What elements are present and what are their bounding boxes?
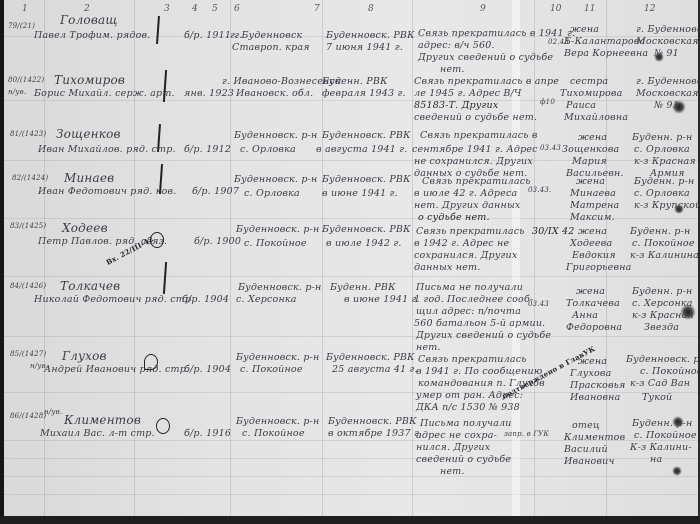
date-mark: ф10 [540, 96, 555, 108]
drafted-date: в августа 1941 г. [316, 144, 407, 156]
side-note: н/ув. [44, 406, 62, 418]
fate-info: сведений о судьбе нет. [414, 112, 537, 124]
fate-info: Связь прекратилась в [420, 130, 538, 142]
name-rank: Андрей Иванович ряд. стр. [44, 364, 189, 376]
birth-year: б/р. 1900 [194, 236, 241, 248]
relative-relation: отец [572, 420, 600, 432]
relative-relation: сестра [570, 76, 608, 88]
relative-name: Раиса [566, 100, 596, 112]
fate-info: Связь прекратилась [418, 354, 527, 366]
entry-number: 79/(21) [8, 20, 35, 32]
fate-info: Связь прекратилась [416, 226, 525, 238]
column-number: 8 [368, 4, 374, 14]
relative-relation: жена [576, 176, 605, 188]
drafted-date: в июне 1941 г. [322, 188, 398, 200]
entry-number: 84/(1426) [10, 280, 46, 292]
fate-info: Связь прекратилась в апре [414, 76, 559, 88]
fate-info: 560 батальон 5-й армии. [414, 318, 545, 330]
fate-info: адрес не сохра- [416, 430, 497, 442]
entry-number: 85/(1427) [10, 348, 46, 360]
relative-relation: жена [570, 24, 599, 36]
relative-name: Б-Калантарова [564, 36, 645, 48]
ink-stain [672, 466, 682, 476]
birthplace: Ставроп. края [232, 42, 310, 54]
drafted-date: 7 июня 1941 г. [326, 42, 403, 54]
rule-line [4, 276, 698, 277]
relative-address: с. Покойное [634, 430, 697, 442]
fate-info: Других сведений о судьбе [418, 52, 553, 64]
relative-relation: жена [578, 356, 607, 368]
birth-year: б/р. 1916 [184, 428, 231, 440]
relative-name: Анна [572, 310, 598, 322]
drafted-by: Буденновск. РВК [322, 130, 411, 142]
column-number: 4 [192, 4, 198, 14]
column-number: 3 [164, 4, 170, 14]
rule-line [4, 494, 698, 495]
relative-name: Евдокия [572, 250, 616, 262]
birthplace: с. Орловка [240, 144, 296, 156]
name-rank: Иван Михайлов. ряд. стр. [38, 144, 176, 156]
fate-info: Письма получали [420, 418, 512, 430]
birthplace: Буденновск. р-н [236, 416, 319, 428]
surname: Головащ [60, 14, 118, 26]
surname: Минаев [64, 172, 114, 184]
relative-name: Ивановна [570, 392, 621, 404]
relative-address: Буденновск. р-н [626, 354, 698, 366]
document-page: 1 2 3 4 5 6 7 8 9 10 11 12 79/(21) Голов… [4, 0, 698, 516]
birthplace: Буденновск. р-н [236, 352, 319, 364]
birth-year: б/р. 1912 [184, 144, 231, 156]
side-note: н/ув. [8, 86, 26, 98]
fate-info: адрес: в/ч 560. [418, 40, 495, 52]
rule-line [4, 336, 698, 337]
fate-info: нет. Других данных [414, 200, 520, 212]
entry-number: 81/(1423) [10, 128, 46, 140]
relative-name: Матрена [570, 200, 619, 212]
entry-number: 86/(1428) [10, 410, 46, 422]
birthplace: г. Буденновск [230, 30, 302, 42]
relative-address: к-з Калинина [630, 250, 698, 262]
entry-number: 83/(1425) [10, 220, 46, 232]
fate-info: не сохранился. Других [414, 156, 533, 168]
entry-number: 82/(1424) [12, 172, 48, 184]
drafted-date: в июле 1942 г. [326, 238, 402, 250]
date-mark: 03.43. [528, 184, 551, 196]
relative-relation: жена [578, 226, 607, 238]
fate-info: 1 год. Последнее сооб- [414, 294, 533, 306]
fate-info: нет. [440, 466, 465, 478]
column-number: 9 [480, 4, 486, 14]
check-mark-icon [163, 262, 167, 294]
fate-info: ле 1945 г. Адрес В/Ч [414, 88, 522, 100]
relative-name: Минаева [570, 188, 616, 200]
drafted-by: Буденн. РВК [330, 282, 396, 294]
fate-info: в 1941 г. По сообщению [416, 366, 542, 378]
drafted-date: 25 августа 41 г. [332, 364, 418, 376]
relative-address: с. Покойное [640, 366, 698, 378]
relative-address: Московская [636, 88, 698, 100]
birthplace: Буденновск. р-н [236, 224, 319, 236]
relative-address: с. Орловка [634, 188, 690, 200]
fate-info: Других сведений о судьбе [416, 330, 551, 342]
fate-info: сведений о судьбе [416, 454, 511, 466]
relative-address: Тукой [642, 392, 672, 404]
name-rank: Иван Федотович ряд. ков. [38, 186, 176, 198]
name-rank: Борис Михайл. серж. арт. [34, 88, 175, 100]
fate-info: Связь прекратилась [422, 176, 531, 188]
ink-stain [680, 304, 696, 320]
column-number: 7 [314, 4, 320, 14]
surname: Зощенков [56, 128, 121, 140]
relative-name: Федоровна [566, 322, 622, 334]
check-mark-icon [156, 16, 160, 44]
birth-year: б/р. 1904 [184, 364, 231, 376]
column-number: 5 [212, 4, 218, 14]
birth-year: б/р. 1904 [182, 294, 229, 306]
ink-stain [672, 416, 684, 428]
relative-name: Толкачева [566, 298, 620, 310]
column-number: 12 [644, 4, 655, 14]
drafted-by: Буденновск. РВК [322, 174, 411, 186]
birthplace: Ивановск. обл. [236, 88, 313, 100]
column-number: 1 [22, 4, 28, 14]
relative-name: Григорьевна [566, 262, 632, 274]
drafted-by: Буденновск. РВК [328, 416, 417, 428]
entry-number: 80/(1422) [8, 74, 44, 86]
relative-name: Прасковья [570, 380, 626, 392]
drafted-by: Буденн. РВК [322, 76, 388, 88]
column-number: 11 [584, 4, 595, 14]
drafted-date: в июне 1941 г. [344, 294, 420, 306]
birthplace: с. Покойное [242, 428, 305, 440]
fate-info: в 1942 г. Адрес не [414, 238, 509, 250]
birthplace: с. Покойное [240, 364, 303, 376]
fate-info: щил адрес: п/почта [416, 306, 521, 318]
relative-address: Буденн. р-н [632, 132, 692, 144]
relative-address: к-з Сад Ван [630, 378, 690, 390]
relative-name: Михайловна [564, 112, 628, 124]
birthplace: с. Орловка [244, 188, 300, 200]
fate-info: данных нет. [414, 262, 480, 274]
relative-address: г. Буденновск [636, 76, 698, 88]
relative-name: Климентов [564, 432, 625, 444]
name-rank: Михаил Вас. л-т стр. [40, 428, 155, 440]
relative-address: Звезда [644, 322, 679, 334]
column-number: 6 [234, 4, 240, 14]
relative-address: к-з Красная [634, 156, 696, 168]
date-mark: 03.43 [528, 298, 549, 310]
relative-address: Буденн. р-н [634, 176, 694, 188]
relative-address: К-з Калини- [630, 442, 692, 454]
fate-info: нет. [416, 342, 441, 354]
relative-name: Василий [564, 444, 608, 456]
date-mark: 30/IX 42 [532, 226, 575, 238]
relative-relation: жена [576, 286, 605, 298]
scan-bottom-edge [0, 516, 700, 524]
birthplace: Буденновск. р-н [234, 130, 317, 142]
relative-name: Ходеева [570, 238, 612, 250]
relative-name: Зощенкова [562, 144, 619, 156]
name-rank: Павел Трофим. рядов. [34, 30, 150, 42]
fate-info: сентябре 1941 г. Адрес [412, 144, 538, 156]
birthplace: с. Покойное [244, 238, 307, 250]
fate-info: в июле 42 г. Адреса [414, 188, 517, 200]
relative-address: к-з Крупской [634, 200, 698, 212]
drafted-by: Буденновск. РВК [326, 30, 415, 42]
drafted-by: Буденновск. РВК [326, 352, 415, 364]
fate-info: 85183-Т. Других [414, 100, 498, 112]
name-rank: Николай Федотович ряд. стр. [34, 294, 194, 306]
surname: Глухов [62, 350, 107, 362]
birth-year: янв. 1923 [184, 88, 234, 100]
drafted-by: Буденновск. РВК [322, 224, 411, 236]
drafted-date: февраля 1943 г. [322, 88, 406, 100]
fate-info: о судьбе нет. [418, 212, 490, 224]
relative-name: Иванович [564, 456, 615, 468]
fate-info: Письма не получали [416, 282, 523, 294]
relative-name: Тихомирова [560, 88, 623, 100]
fate-info: нился. Других [416, 442, 490, 454]
ink-stain [672, 100, 686, 114]
surname: Толкачев [60, 280, 120, 292]
circled-mark [144, 354, 158, 370]
surname: Тихомиров [54, 74, 125, 86]
relative-relation: жена [578, 132, 607, 144]
relative-address: г. Буденновск [636, 24, 698, 36]
relative-address: на [650, 454, 662, 466]
relative-name: Глухова [570, 368, 612, 380]
relative-name: Максим. [570, 212, 615, 224]
relative-name: Мария [572, 156, 607, 168]
circled-mark [156, 418, 170, 434]
drafted-date: в октябре 1937 г. [328, 428, 422, 440]
birth-year: б/р. 1907 [192, 186, 239, 198]
relative-address: Буденн. р-н [632, 286, 692, 298]
relative-address: Буденн. р-н [630, 226, 690, 238]
date-mark: 03.43 [540, 142, 561, 154]
relative-name: Вера Корнеевна [564, 48, 648, 60]
relative-address: с. Покойное [632, 238, 695, 250]
fate-info: нет. [440, 64, 465, 76]
relative-address: Московская [636, 36, 698, 48]
fate-info: ДКА п/с 1530 № 938 [416, 402, 520, 414]
fate-info: сохранился. Других [414, 250, 517, 262]
birthplace: Буденновск. р-н [234, 174, 317, 186]
birthplace: Буденновск. р-н [238, 282, 321, 294]
ink-stain [674, 204, 684, 214]
relative-address: с. Орловка [634, 144, 690, 156]
surname: Ходеев [62, 222, 108, 234]
birthplace: с. Херсонка [236, 294, 297, 306]
column-number: 10 [550, 4, 561, 14]
surname: Климентов [64, 414, 141, 426]
margin-note: запр. в ГУК [504, 428, 549, 440]
rule-line [4, 476, 698, 477]
ink-stain [654, 52, 664, 62]
